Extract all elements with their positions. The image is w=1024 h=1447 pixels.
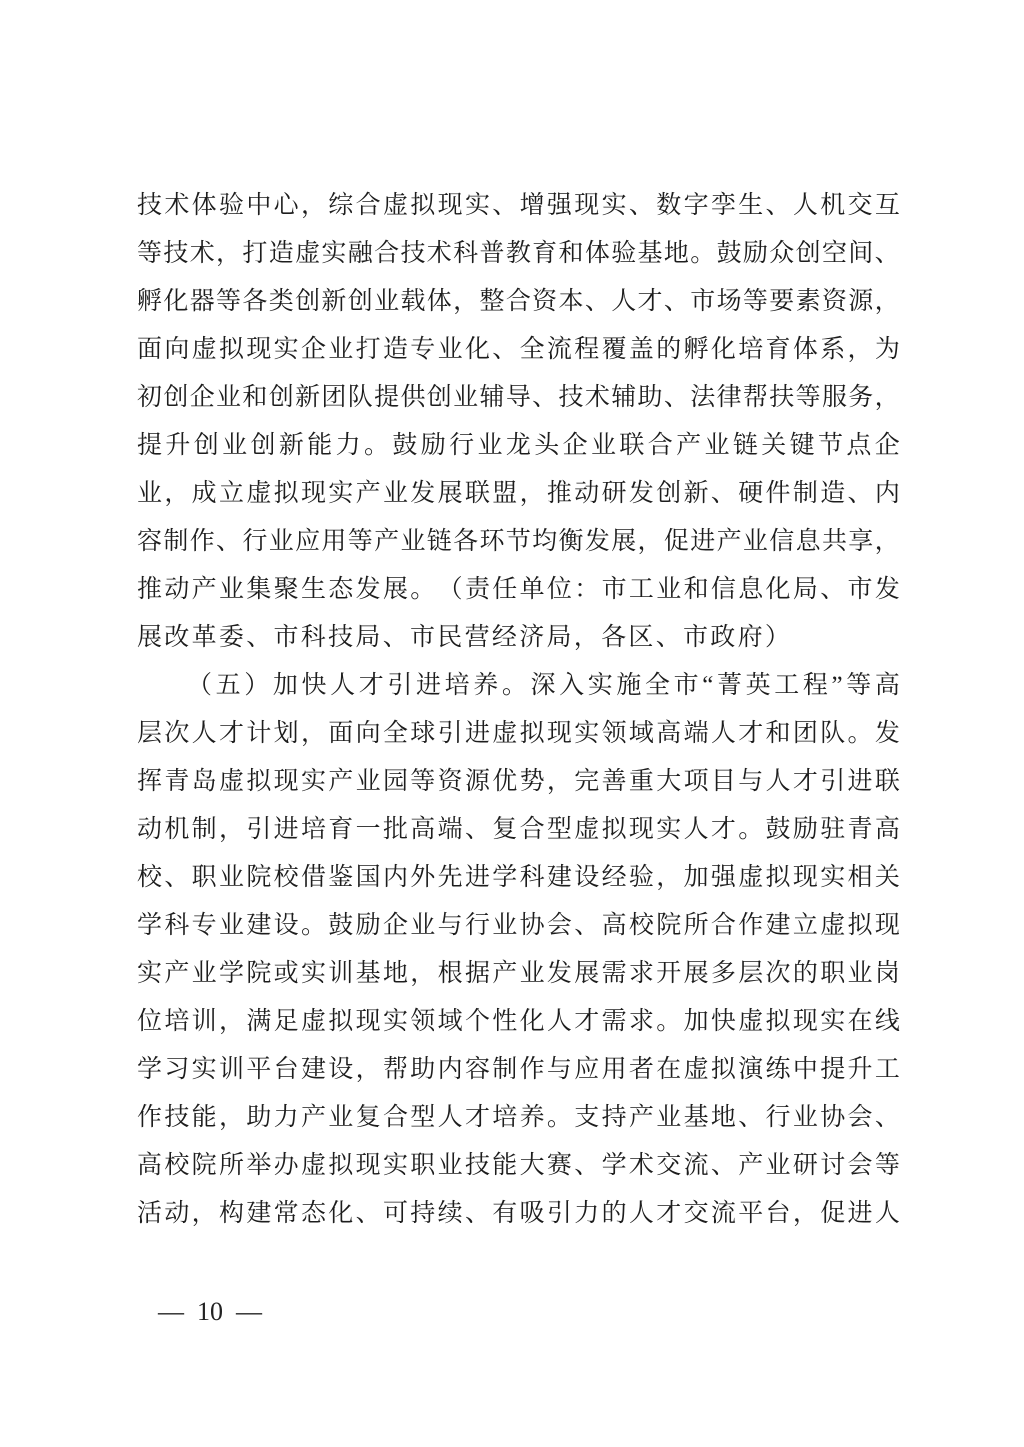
text-line: 提升创业创新能力。鼓励行业龙头企业联合产业链关键节点企 [137, 422, 900, 470]
text-line: 业，成立虚拟现实产业发展联盟，推动研发创新、硬件制造、内 [137, 470, 900, 518]
text-line: 容制作、行业应用等产业链各环节均衡发展，促进产业信息共享， [137, 518, 900, 566]
text-line: 学科专业建设。鼓励企业与行业协会、高校院所合作建立虚拟现 [137, 902, 900, 950]
text-line: 推动产业集聚生态发展。（责任单位：市工业和信息化局、市发 [137, 566, 900, 614]
text-line: （五）加快人才引进培养。深入实施全市“菁英工程”等高 [137, 662, 900, 710]
page-number: 10 [197, 1297, 223, 1327]
document-page: 技术体验中心，综合虚拟现实、增强现实、数字孪生、人机交互等技术，打造虚实融合技术… [0, 0, 1024, 1447]
text-line: 初创企业和创新团队提供创业辅导、技术辅助、法律帮扶等服务， [137, 374, 900, 422]
text-line: 展改革委、市科技局、市民营经济局，各区、市政府） [137, 614, 900, 662]
text-line: 等技术，打造虚实融合技术科普教育和体验基地。鼓励众创空间、 [137, 230, 900, 278]
text-line: 作技能，助力产业复合型人才培养。支持产业基地、行业协会、 [137, 1094, 900, 1142]
text-line: 挥青岛虚拟现实产业园等资源优势，完善重大项目与人才引进联 [137, 758, 900, 806]
text-line: 学习实训平台建设，帮助内容制作与应用者在虚拟演练中提升工 [137, 1046, 900, 1094]
document-body: 技术体验中心，综合虚拟现实、增强现实、数字孪生、人机交互等技术，打造虚实融合技术… [137, 182, 900, 1238]
text-line: 校、职业院校借鉴国内外先进学科建设经验，加强虚拟现实相关 [137, 854, 900, 902]
page-footer: — 10 — [158, 1288, 262, 1336]
text-line: 高校院所举办虚拟现实职业技能大赛、学术交流、产业研讨会等 [137, 1142, 900, 1190]
text-line: 动机制，引进培育一批高端、复合型虚拟现实人才。鼓励驻青高 [137, 806, 900, 854]
text-line: 面向虚拟现实企业打造专业化、全流程覆盖的孵化培育体系，为 [137, 326, 900, 374]
footer-left-dash: — [158, 1297, 184, 1327]
text-line: 层次人才计划，面向全球引进虚拟现实领域高端人才和团队。发 [137, 710, 900, 758]
text-line: 位培训，满足虚拟现实领域个性化人才需求。加快虚拟现实在线 [137, 998, 900, 1046]
text-line: 技术体验中心，综合虚拟现实、增强现实、数字孪生、人机交互 [137, 182, 900, 230]
footer-right-dash: — [236, 1297, 262, 1327]
text-line: 活动，构建常态化、可持续、有吸引力的人才交流平台，促进人 [137, 1190, 900, 1238]
text-line: 实产业学院或实训基地，根据产业发展需求开展多层次的职业岗 [137, 950, 900, 998]
text-line: 孵化器等各类创新创业载体，整合资本、人才、市场等要素资源， [137, 278, 900, 326]
